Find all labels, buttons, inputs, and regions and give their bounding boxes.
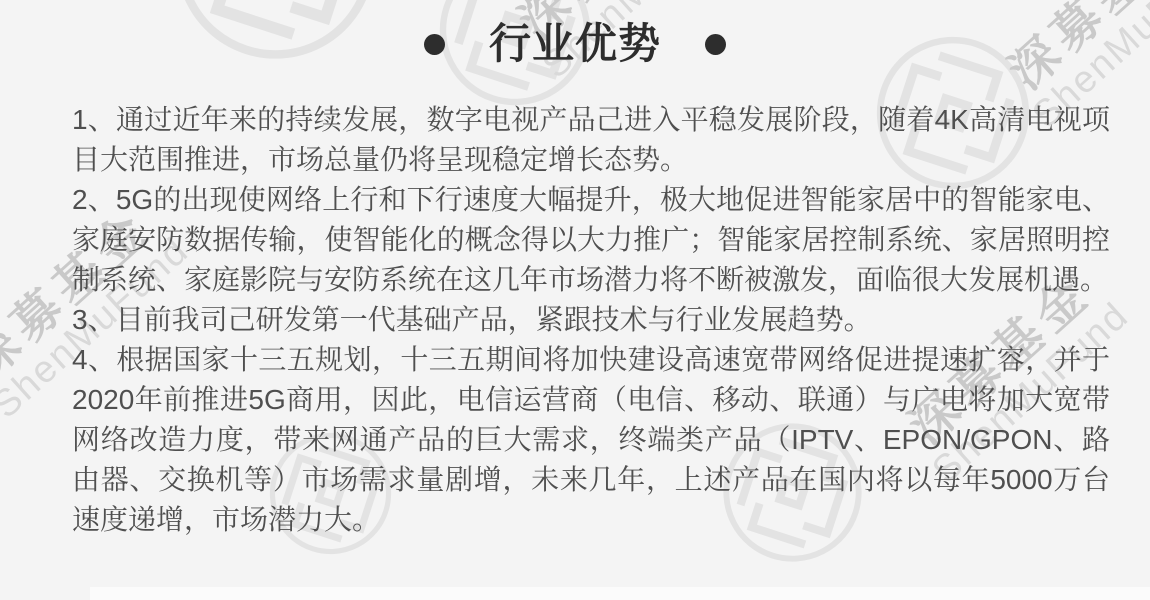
- paragraph-3: 3、目前我司己研发第一代基础产品，紧跟技术与行业发展趋势。: [72, 300, 1110, 340]
- bullet-dot-icon: [424, 34, 445, 55]
- paragraph-4: 4、根据国家十三五规划，十三五期间将加快建设高速宽带网络促进提速扩容，并于202…: [72, 340, 1110, 540]
- paragraph-1: 1、通过近年来的持续发展，数字电视产品己进入平稳发展阶段，随着4K高清电视项目大…: [72, 100, 1110, 180]
- bottom-strip: [90, 587, 1150, 600]
- body-text: 1、通过近年来的持续发展，数字电视产品己进入平稳发展阶段，随着4K高清电视项目大…: [72, 100, 1110, 540]
- page-title: 行业优势: [489, 21, 661, 67]
- slide-content: 行业优势 1、通过近年来的持续发展，数字电视产品己进入平稳发展阶段，随着4K高清…: [0, 21, 1150, 540]
- paragraph-2: 2、5G的出现使网络上行和下行速度大幅提升，极大地促进智能家居中的智能家电、家庭…: [72, 180, 1110, 300]
- bullet-dot-icon: [705, 34, 726, 55]
- slide-page: 深募基金 ShenMuFund 深募基金 ShenMuFund 深募基金 She…: [0, 0, 1150, 600]
- section-header: 行业优势: [0, 21, 1150, 67]
